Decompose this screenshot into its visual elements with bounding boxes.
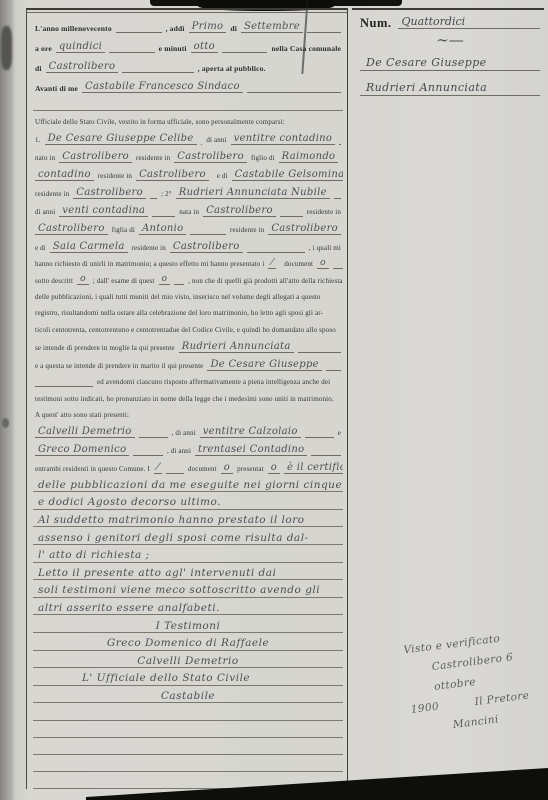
printed-text: e	[338, 430, 341, 438]
form-line	[33, 738, 343, 755]
blank-rule	[150, 188, 157, 199]
handwritten-text: contadino	[35, 170, 94, 181]
handwritten-text: Greco Domenico di Raffaele	[104, 638, 272, 649]
printed-text: e a questa se intende di prendere in mar…	[35, 363, 203, 371]
printed-text: sotto descritt	[35, 278, 73, 286]
form-line	[33, 703, 343, 720]
form-line: entrambi residenti in questo Comune. I⁄d…	[33, 457, 343, 475]
printed-text: residente in	[230, 227, 264, 235]
blank-rule	[280, 206, 303, 217]
blank-rule	[311, 445, 341, 456]
blank-rule	[247, 242, 305, 253]
handwritten-text: trentasei Contadino	[195, 445, 307, 456]
form-line: Al suddetto matrimonio hanno prestato il…	[33, 510, 343, 528]
blank-rule	[222, 42, 268, 53]
handwritten-text: Castrolibero	[59, 152, 132, 163]
printed-text: figlia di	[112, 227, 135, 235]
handwritten-text: Castabile Gelsomina	[232, 170, 343, 181]
handwritten-text: Settembre	[241, 22, 303, 33]
printed-text: nata in	[179, 209, 199, 217]
blank-rule	[139, 427, 168, 438]
num-label: Num.	[360, 17, 392, 30]
form-line: Greco Domenico, di annitrentasei Contadi…	[33, 439, 343, 457]
act-number-row: Num. Quattordici	[360, 16, 540, 29]
ink-dot	[2, 418, 9, 428]
form-line: hanno richiesto di unirli in matrimonio;…	[33, 254, 343, 270]
blank-rule	[201, 134, 203, 145]
num-value: Quattordici	[398, 16, 540, 29]
form-line: Calvelli Demetrio	[33, 651, 343, 669]
blank-rule	[122, 62, 193, 73]
printed-text: se intende di prendere in moglie la qui …	[35, 345, 175, 353]
form-line: contadinoresidente inCastroliberoe diCas…	[33, 164, 343, 182]
form-line: I Testimoni	[33, 615, 343, 633]
blank-rule	[305, 427, 334, 438]
form-line: a orequindicie minutiottonella Casa comu…	[33, 34, 343, 54]
form-body: L'anno millenovecento, addìPrimodiSettem…	[33, 14, 343, 800]
handwritten-text: Saia Carmela	[50, 242, 128, 253]
handwritten-text: Letto il presente atto agl' intervenuti …	[35, 568, 279, 579]
blank-rule	[247, 82, 341, 93]
form-line: e diSaia Carmelaresidente inCastrolibero…	[33, 236, 343, 254]
handwritten-text: Castabile	[158, 691, 218, 702]
form-line: se intende di prendere in moglie la qui …	[33, 336, 343, 354]
handwritten-text: I Testimoni	[153, 621, 224, 632]
printed-text: e di	[35, 245, 46, 253]
handwritten-text: o	[221, 463, 233, 474]
pretore-annotation: Visto e verificato Castrolibero 6 ottobr…	[402, 623, 548, 740]
handwritten-text: Castrolibero	[203, 206, 276, 217]
handwritten-text: Primo	[189, 22, 227, 33]
form-line: delle pubblicazioni, i quali tutti munit…	[33, 286, 343, 302]
printed-text: residente in	[98, 173, 132, 181]
form-line: L' Ufficiale dello Stato Civile	[33, 668, 343, 686]
printed-text: residente in	[132, 245, 166, 253]
printed-text: di	[35, 65, 42, 73]
flourish-mark: ∼—	[360, 35, 540, 46]
printed-text: residente in	[136, 155, 170, 163]
form-line: e dodici Agosto decorso ultimo.	[33, 492, 343, 510]
blank-rule	[35, 376, 93, 387]
printed-text: L'anno millenovecento	[35, 25, 112, 33]
blank-rule	[109, 42, 155, 53]
handwritten-text: ⁄	[268, 259, 276, 269]
handwritten-text: Antonio	[139, 224, 186, 235]
handwritten-text: ⁄	[154, 463, 162, 474]
printed-text: di anni	[35, 209, 55, 217]
handwritten-text: Castrolibero	[35, 224, 108, 235]
handwritten-text: Rudrieri Annunciata	[179, 342, 294, 353]
handwritten-text: o	[268, 463, 280, 474]
page-edge-shadow	[0, 0, 14, 800]
printed-text: nella Casa comunale	[271, 45, 341, 53]
printed-text: A quest' atto sono stati presenti:	[35, 412, 129, 420]
blank-rule	[326, 360, 341, 371]
form-line: Castroliberofiglia diAntonioresidente in…	[33, 218, 343, 236]
handwritten-text: Calvelli Demetrio	[134, 656, 241, 667]
margin-name-bride: Rudrieri Annunciata	[360, 82, 540, 96]
document-scan: L'anno millenovecento, addìPrimodiSettem…	[0, 0, 548, 800]
printed-text: residente in	[35, 191, 69, 199]
printed-text: testimoni sotto indicati, ho pronunziato…	[35, 396, 334, 404]
form-line: registro, risultandomi nulla ostare alla…	[33, 303, 343, 319]
form-line: Ufficiale dello Stato Civile, vestito in…	[33, 111, 343, 127]
printed-text: ; dall' esame di quest	[93, 278, 155, 286]
handwritten-text: soli testimoni viene meco sottoscritto a…	[35, 585, 323, 596]
printed-text: di	[230, 25, 237, 33]
handwritten-text: Raimondo	[279, 152, 339, 163]
printed-text: , di anni	[172, 430, 196, 438]
handwritten-text: Castrolibero	[46, 62, 119, 73]
handwritten-text: quindici	[56, 42, 105, 53]
handwritten-text: Castrolibero	[170, 242, 243, 253]
form-line: assenso i genitori degli sposi come risu…	[33, 527, 343, 545]
margin-name-groom: De Cesare Giuseppe	[360, 57, 540, 71]
handwritten-text: De Cesare Giuseppe Celibe	[45, 134, 197, 145]
printed-text: hanno richiesto di unirli in matrimonio;…	[35, 261, 264, 269]
handwritten-text: Castrolibero	[174, 152, 247, 163]
form-line: ticoli centotrenta, centotrentuno e cent…	[33, 319, 343, 335]
printed-text: nato in	[35, 155, 55, 163]
blank-rule	[174, 274, 184, 285]
blank-rule	[333, 258, 343, 269]
handwritten-text: Castrolibero	[136, 170, 209, 181]
form-line: nato inCastroliberoresidente inCastrolib…	[33, 146, 343, 164]
handwritten-text: altri asserito essere analfabeti.	[35, 603, 223, 614]
form-line	[33, 772, 343, 789]
form-line: e a questa se intende di prendere in mar…	[33, 354, 343, 372]
form-line: diCastrolibero, aperta al pubblico.	[33, 54, 343, 74]
form-line: ed avendomi ciascuno risposto affermativ…	[33, 372, 343, 388]
printed-text: , addì	[166, 25, 185, 33]
form-line: Castabile	[33, 686, 343, 704]
form-line: sotto descritto; dall' esame di questo, …	[33, 270, 343, 286]
marriage-act-form: L'anno millenovecento, addìPrimodiSettem…	[26, 8, 348, 789]
handwritten-text: Castrolibero	[73, 188, 146, 199]
form-line: A quest' atto sono stati presenti:	[33, 404, 343, 420]
handwritten-text: assenso i genitori degli sposi come risu…	[35, 533, 312, 544]
blank-rule	[298, 342, 341, 353]
handwritten-text: o	[159, 275, 171, 285]
annotation-year: 1900	[410, 697, 441, 720]
handwritten-text: o	[77, 275, 89, 285]
printed-text: , di anni	[167, 448, 191, 456]
blank-rule	[152, 206, 175, 217]
printed-text: document	[188, 466, 217, 474]
handwritten-text: delle pubblicazioni da me eseguite nei g…	[35, 480, 343, 491]
blank-rule	[339, 134, 341, 145]
handwritten-text: Castabile Francesco Sindaco	[82, 82, 243, 93]
printed-text: e minuti	[159, 45, 187, 53]
form-line: L'anno millenovecento, addìPrimodiSettem…	[33, 14, 343, 34]
handwritten-text: De Cesare Giuseppe	[207, 360, 321, 371]
blank-rule	[334, 188, 341, 199]
blank-rule	[116, 22, 162, 33]
handwritten-text: otto	[191, 42, 218, 53]
printed-text: ed avendomi ciascuno risposto affermativ…	[97, 379, 330, 387]
printed-text: registro, risultandomi nulla ostare alla…	[35, 310, 323, 318]
printed-text: ; 2°	[161, 191, 172, 199]
handwritten-text: ventitre contadino	[231, 134, 336, 145]
blank-rule	[133, 445, 163, 456]
printed-text: ticoli centotrenta, centotrentuno e cent…	[35, 327, 336, 335]
handwritten-text: l' atto di richiesta ;	[35, 550, 153, 561]
form-line	[33, 721, 343, 738]
form-line: altri asserito essere analfabeti.	[33, 598, 343, 616]
handwritten-text: L' Ufficiale dello Stato Civile	[79, 673, 253, 684]
handwritten-text: o	[317, 259, 329, 269]
handwritten-text: Rudrieri Annunciata Nubile	[176, 188, 330, 199]
blank-rule	[190, 224, 226, 235]
printed-text: Ufficiale dello Stato Civile, vestito in…	[35, 119, 285, 127]
printed-text: residente in	[307, 209, 341, 217]
printed-text: entrambi residenti in questo Comune. I	[35, 466, 150, 474]
form-line	[33, 755, 343, 772]
handwritten-text: è il certificato	[284, 463, 343, 474]
form-line: Calvelli Demetrio, di anniventitre Calzo…	[33, 421, 343, 439]
printed-text: document	[284, 261, 313, 269]
form-line: Avanti di meCastabile Francesco Sindaco	[33, 74, 343, 94]
printed-text: , i quali mi	[309, 245, 341, 253]
form-line: testimoni sotto indicati, ho pronunziato…	[33, 388, 343, 404]
ink-blot	[1, 26, 12, 70]
printed-text: figlio di	[251, 155, 275, 163]
form-line: l' atto di richiesta ;	[33, 545, 343, 563]
printed-text: presentat	[237, 466, 264, 474]
printed-text: di anni	[206, 137, 226, 145]
printed-text: delle pubblicazioni, i quali tutti munit…	[35, 294, 321, 302]
handwritten-text: venti contadina	[59, 206, 148, 217]
printed-text: e di	[217, 173, 228, 181]
printed-text: , aperta al pubblico.	[198, 65, 266, 73]
printed-text: , non che di quelli già prodotti all'att…	[188, 278, 342, 286]
form-line: delle pubblicazioni da me eseguite nei g…	[33, 475, 343, 493]
handwritten-text: Al suddetto matrimonio hanno prestato il…	[35, 515, 308, 526]
form-line: residente inCastrolibero; 2°Rudrieri Ann…	[33, 182, 343, 200]
handwritten-text: e dodici Agosto decorso ultimo.	[35, 497, 224, 508]
handwritten-text: Greco Domenico	[35, 445, 129, 456]
printed-text: 1.	[35, 137, 41, 145]
form-line: 1.De Cesare Giuseppe Celibedi anniventit…	[33, 128, 343, 146]
printed-text: a ore	[35, 45, 52, 53]
form-line: soli testimoni viene meco sottoscritto a…	[33, 580, 343, 598]
handwritten-text: ventitre Calzolaio	[200, 427, 301, 438]
printed-text: Avanti di me	[35, 85, 78, 93]
handwritten-text: Calvelli Demetrio	[35, 427, 135, 438]
form-line: Letto il presente atto agl' intervenuti …	[33, 563, 343, 581]
form-line: Greco Domenico di Raffaele	[33, 633, 343, 651]
blank-rule	[307, 22, 341, 33]
form-line: di anniventi contadinanata inCastroliber…	[33, 200, 343, 218]
handwritten-text: Castrolibero	[268, 224, 341, 235]
blank-rule	[166, 463, 184, 474]
form-line	[33, 94, 343, 111]
form-line	[33, 789, 343, 800]
